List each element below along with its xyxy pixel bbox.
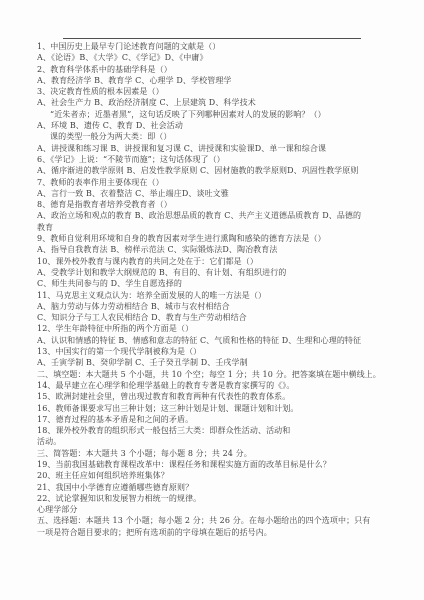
- text-line: 五、选择题：本题共 13 个小题；每小题 2 分；共 26 分。在每小题给出的四…: [37, 515, 397, 526]
- text-line: 三、简答题：本大题共 3 个小题；每小题 8 分；共 24 分。: [37, 448, 397, 459]
- text-line: 1、中国历史上最早专门论述教育问题的文献是（）: [37, 41, 397, 52]
- text-line: A、受教学计划和教学大纲规范的 B、有目的、有计划、有组织进行的: [37, 267, 397, 278]
- text-line: 一项是符合题目要求的；把所有选项前的字母填在题后的括号内。: [37, 527, 397, 538]
- text-line: 15、欧洲封建社会里，曾出现过教育和教育两种有代表性的教育体系。: [37, 391, 397, 402]
- text-line: 16、教师备课要求写出三种计划；这三种计划是计划、课题计划和计划。: [37, 403, 397, 414]
- text-line: C、知识分子与工人农民相结合 D、教育与生产劳动相结合: [37, 312, 397, 323]
- text-line: 22、试论掌握知识和发展智力相统一的规律。: [37, 493, 397, 504]
- text-line: 13、中国实行的第一个现代学制被称为是（）: [37, 346, 397, 357]
- text-line: A、认识和情感的特征 B、情感和意志的特征 C、气质和性格的特征 D、生理和心理…: [37, 335, 397, 346]
- document-page: 1、中国历史上最早专门论述教育问题的文献是（）A、《论语》B、《大学》C、《学记…: [0, 0, 424, 600]
- text-line: 教育: [37, 222, 397, 233]
- text-line: A、指导自我教育法 B、榜样示范法 C、实际锻炼法D、陶冶教育法: [37, 244, 397, 255]
- page-top-rule: [63, 38, 361, 39]
- text-line: A、社会生产力 B、政治经济制度 C、上层建筑 D、科学技术: [37, 97, 397, 108]
- text-line: A、《论语》B、《大学》C、《学记》D、《中庸》: [37, 52, 397, 63]
- text-line: 6、《学记》上说：“不陵节而施”；这句话体现了（）: [37, 154, 397, 165]
- text-line: 2、教育科学体系中的基础学科是（）: [37, 64, 397, 75]
- text-line: 10、课外校外教育与课内教育的共同之处在于：它们都是（）: [37, 256, 397, 267]
- text-line: 19、当前我国基础教育课程改革中：课程任务和课程实施方面的改革目标是什么？: [37, 459, 397, 470]
- text-line: A、环境 B、遗传 C、教育 D、社会活动: [37, 120, 397, 131]
- text-line: 课的类型一般分为两大类：即（）: [37, 131, 397, 142]
- text-line: 活动。: [37, 436, 397, 447]
- text-line: 7、教师的表率作用主要体现在（）: [37, 177, 397, 188]
- text-line: A、政治立场和观点的教育 B、政治思想品质的教育 C、共产主义道德品质教育 D、…: [37, 210, 397, 221]
- text-line: 18、课外校外教育的组织形式一般包括三大类：即群众性活动、活动和: [37, 425, 397, 436]
- text-line: 二、填空题：本大题共 5 个小题，共 10 个空；每空 1 分；共 10 分。把…: [37, 369, 397, 380]
- text-line: A、言行一致 B、衣着整洁 C、举止端庄D、谈吐文雅: [37, 188, 397, 199]
- text-line: C、师生共同参与的 D、学生自愿选择的: [37, 278, 397, 289]
- text-line: 17、德育过程的基本矛盾是和之间的矛盾。: [37, 414, 397, 425]
- text-line: 12、学生年龄特征中所指的两个方面是（）: [37, 323, 397, 334]
- text-line: A、循序渐进的教学原则 B、启发性教学原则 C、因材施教的教学原则D、巩固性教学…: [37, 165, 397, 176]
- text-line: A、壬寅学制 B、癸卯学制 C、壬子癸丑学制 D、壬戌学制: [37, 357, 397, 368]
- text-line: 3、决定教育性质的根本因素是（）: [37, 86, 397, 97]
- text-line: 20、班主任应如何组织培养班集体？: [37, 470, 397, 481]
- text-line: “近朱者赤；近墨者黑”，这句话反映了下列哪种因素对人的发展的影响？（）: [37, 109, 397, 120]
- document-body: 1、中国历史上最早专门论述教育问题的文献是（）A、《论语》B、《大学》C、《学记…: [37, 41, 397, 538]
- text-line: 9、教师自觉利用环境和自身的教育因素对学生进行熏陶和感染的德育方法是（）: [37, 233, 397, 244]
- text-line: 心理学部分: [37, 504, 397, 515]
- text-line: 11、马克思主义观点认为：培养全面发展的人的唯一方法是（）: [37, 290, 397, 301]
- text-line: 8、德育是指教育者培养受教育者（）: [37, 199, 397, 210]
- text-line: A、讲授课和练习课 B、讲授课和复习课 C、讲授课和实验课D、单一课和综合课: [37, 143, 397, 154]
- text-line: 14、最早建立在心理学和伦理学基础上的教育专著是教育家撰写的《》。: [37, 380, 397, 391]
- text-line: 21、我国中小学德育应遵循哪些德育原则？: [37, 482, 397, 493]
- text-line: A、教育经济学 B、教育学 C、心理学 D、学校管理学: [37, 75, 397, 86]
- text-line: A、脑力劳动与体力劳动相结合 B、城市与农村相结合: [37, 301, 397, 312]
